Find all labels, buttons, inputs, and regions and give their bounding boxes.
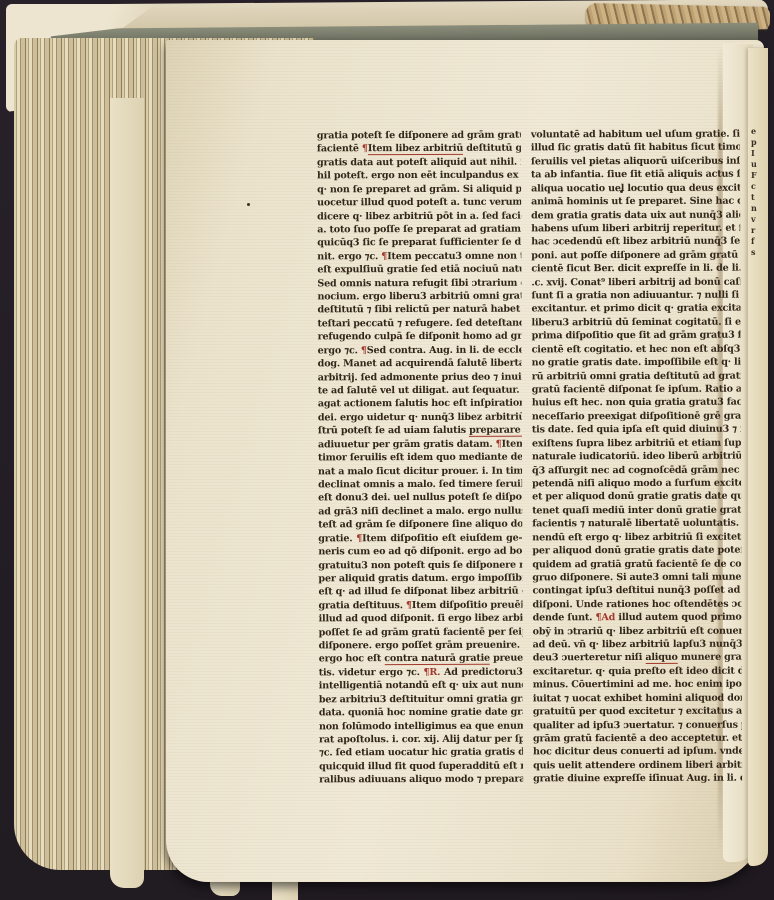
text-line: te ad ſalutē vel ut diligat. aut ſequatu…	[318, 384, 522, 398]
text-line: voluntatē ad habitum uel uſum gratie. ſi…	[531, 128, 740, 142]
text-line: per aliquid gratis datum. ergo impoſſibi…	[318, 572, 522, 586]
page-group-wedge	[110, 98, 144, 888]
text-line: qualiter ad ipſu3 ɔuertatur. ⁊ conuerſus…	[533, 718, 742, 732]
text-line: ſtrū poteſt ſe ad uiam ſalutis preparare…	[318, 424, 522, 438]
partial-glyph: e	[751, 126, 757, 137]
text-line: q· non ſe preparet ad grām. Si aliquid p…	[317, 182, 521, 196]
text-line: eſt q· ad illud ſe diſponat libez arbitr…	[318, 585, 522, 599]
text-line: dende ſunt. ¶Ad illud autem quod primo	[533, 611, 742, 625]
text-line: nat a malo ſicut dicitur prouer. i. In t…	[318, 464, 522, 478]
text-line: obȳ in ɔtrariū q· libez arbitriū eſt con…	[533, 624, 742, 638]
text-line: tis. videtur ergo ⁊c. ¶R. Ad predictoru3	[319, 666, 523, 680]
text-line: ergo hoc eſt contra naturā gratie preuen…	[319, 652, 523, 666]
text-line: ad deū. vn̄ q· libez arbitriū lapſu3 nun…	[533, 638, 742, 652]
text-line: ergo ⁊c. ¶Sed contra. Aug. in li. de ecc…	[318, 343, 522, 357]
text-line: a. toto ſuo poſſe ſe preparat ad gratiam…	[317, 223, 521, 237]
text-line: facientis ⁊ naturalē libertatē uoluntati…	[532, 517, 741, 531]
partial-glyph: v	[751, 214, 757, 225]
text-line: intelligentiā notandū eſt q· uix aut nun…	[319, 679, 523, 693]
text-line: gratuitū per quod excitetur ⁊ excitatus …	[533, 705, 742, 719]
text-line: gratie. ¶Item diſpoſitio eſt eiuſdem ge-	[318, 531, 522, 545]
text-line: diſponi. Unde rationes hoc oſtendētes ɔc…	[532, 597, 741, 611]
text-line: neris cum eo ad qō diſponit. ergo ad bon…	[318, 545, 522, 559]
text-line: illud ad quod diſponit. ſi ergo libez ar…	[319, 612, 523, 626]
text-line: ralibus adiuuans aliquo modo ⁊ preparans	[319, 773, 523, 787]
text-line: quicquid illud ſit quod ſuperadditū eſt …	[319, 759, 523, 773]
text-line: no gratie gratis date. impoſſibile eſt q…	[532, 356, 741, 370]
text-line: eſt expulſiuū gratie ſed etiā nociuū nat…	[317, 263, 521, 277]
text-line: huius eſt hec. non quia gratia gratu3 fa…	[532, 396, 741, 410]
text-line: gratis data aut poteſt aliquid aut nihil…	[317, 155, 521, 169]
text-line: poni. aut poſſe diſponere ad grām gratū …	[531, 248, 740, 262]
text-line: tis date. ſed quia ipſa eſt quid diuinu3…	[532, 423, 741, 437]
text-line: et per aliquod donū gratie gratis date q…	[532, 490, 741, 504]
text-line: ſunt ſi a gratia non adiuuantur. ⁊ nulli…	[531, 289, 740, 303]
text-line: gratuitu3 non poteſt quis ſe diſponere n…	[318, 558, 522, 572]
text-line: prima diſpoſitio que ſit ad grām gratu3 …	[532, 329, 741, 343]
text-line: petendā niſi aliquo modo a ſurſum excite…	[532, 477, 741, 491]
book-photo: epIuFctnvrfs gratia poteſt ſe diſponere …	[0, 0, 774, 900]
text-line: cientē ſicut Ber. dicit expreſſe in li. …	[531, 262, 740, 276]
text-line: q̄3 aſſurgit nec ad cognoſcēdā grām nec …	[532, 463, 741, 477]
text-line: facientē ¶Item libez arbitriū deſtitutū …	[317, 142, 521, 156]
facing-page-sliver: epIuFctnvrfs	[748, 48, 768, 866]
right-text-column: voluntatē ad habitum uel uſum gratie. ſi…	[531, 128, 742, 786]
text-line: minus. Cōuertimini ad me. hoc enim ipo q…	[533, 678, 742, 692]
partial-glyph: p	[751, 137, 757, 148]
text-line: illud ſic gratis datū ſit habitus ſicut …	[531, 141, 740, 155]
text-line: hil poteſt. ergo non eēt inculpandus ex …	[317, 169, 521, 183]
text-line: hoc dicitur deus conuerti ad ipſum. vnde…	[533, 745, 742, 759]
text-line: tenet quaſi mediū inter donū gratie grat…	[532, 503, 741, 517]
left-text-column: gratia poteſt ſe diſponere ad grām gratu…	[317, 129, 523, 787]
text-line: teſtari peccatū ⁊ refugere. ſed deteſtan…	[318, 317, 522, 331]
text-line: quis uelit attendere ordinem liberi arbi…	[533, 758, 742, 772]
text-line: gruo diſponere. Si aute3 omni tali muner…	[532, 571, 741, 585]
text-line: ⁊c. ſed etiam uocatur hic gratia gratis …	[319, 746, 523, 760]
text-line: .c. xvij. Conat⁹ liberi arbitrij ad bonū…	[531, 275, 740, 289]
partial-glyph: t	[751, 192, 757, 203]
text-line: animā hominis ut ſe preparet. Sine hac q…	[531, 195, 740, 209]
partial-glyph: I	[751, 148, 757, 159]
text-line: dog. Manet ad acquirendā ſalutē libertas	[318, 357, 522, 371]
text-line: exiſtens ſupra libez arbitriū et etiam ſ…	[532, 436, 741, 450]
text-line: contingat ipſu3 deſtitui nunq̄3 poſſet a…	[532, 584, 741, 598]
text-line: quicūq3 ſic ſe preparat ſufficienter ſe …	[317, 236, 521, 250]
text-line: habens uſum liberi arbitrij reperitur. e…	[531, 222, 740, 236]
text-line: excitaretur. q· quia preſto eſt ideo dic…	[533, 665, 742, 679]
text-line: gratia deſtituus. ¶Item diſpoſitio preuē…	[318, 598, 522, 612]
text-line: nendū eſt ergo q· libez arbitriū ſi exci…	[532, 530, 741, 544]
text-line: data. quoniā hoc nomine gratie date grat…	[319, 706, 523, 720]
text-line: declinat omnis a malo. ſed timere ſeruil…	[318, 478, 522, 492]
text-line: uocetur illud quod poteſt a. tunc verum …	[317, 196, 521, 210]
partial-glyph: c	[751, 181, 757, 192]
text-line: rū arbitriū omni gratia deſtitutū ad gra…	[532, 369, 741, 383]
text-line: ſeruilis vel pietas aliquorū uiſceribus …	[531, 154, 740, 168]
text-line: aliqua uocatio uel locutio qua deus exci…	[531, 181, 740, 195]
text-line: deu3 ɔuerteretur niſi aliquo munere grat…	[533, 651, 742, 665]
partial-glyph: f	[751, 236, 757, 247]
text-line: gratū facientē diſponat ſe ipſum. Ratio …	[532, 383, 741, 397]
text-line: non ſolūmodo intelligimus ea que enume-	[319, 719, 523, 733]
partial-glyph: s	[751, 247, 757, 258]
text-line: liberu3 arbitriū dū ſeminat cogitatū. ſi…	[532, 316, 741, 330]
text-line: hac ɔcedendū eſt libez arbitriū nunq̄3 ſ…	[531, 235, 740, 249]
text-line: diſponere. ergo poſſet grām preuenire. S…	[319, 639, 523, 653]
text-line: bez arbitriu3 deſtituitur omni gratia gr…	[319, 692, 523, 706]
text-line: poſſet ſe ad grām gratū facientē per ſei…	[319, 625, 523, 639]
text-line: gratie diuine expreſſe iſinuat Aug. in l…	[533, 772, 742, 786]
text-line: ad grā3 niſi declinet a malo. ergo nullu…	[318, 504, 522, 518]
text-line: neceſſario preexigat diſpoſitionē grē gr…	[532, 409, 741, 423]
facing-page-partial-text: epIuFctnvrfs	[751, 126, 757, 258]
text-line: nocium. ergo liberu3 arbitriū omni grati…	[317, 290, 521, 304]
text-line: timor ſeruilis eſt idem quo mediante dec…	[318, 451, 522, 465]
partial-glyph: n	[751, 203, 757, 214]
text-line: agat actionem ſalutis hoc eſt inſpiratio…	[318, 397, 522, 411]
text-line: cientē eſt cogitatio. et hec non eſt abſ…	[532, 342, 741, 356]
text-line: per aliquod donū gratie gratis date pote…	[532, 544, 741, 558]
text-line: ta ab infantia. ſiue ſit etiā aliquis ac…	[531, 168, 740, 182]
ink-speck	[247, 203, 250, 206]
text-line: eſt donu3 dei. uel nullus poteſt ſe diſp…	[318, 491, 522, 505]
text-line: excitantur. et primo dicit q· gratia exc…	[531, 302, 740, 316]
text-line: adiuuetur per grām gratis datam. ¶Item	[318, 437, 522, 451]
text-line: dem gratia gratis data uix aut nunq̄3 al…	[531, 208, 740, 222]
text-line: arbitrij. ſed admonente prius deo ⁊ inui…	[318, 370, 522, 384]
text-line: deſtitutū ⁊ ſibi relictū per naturā habe…	[317, 303, 521, 317]
text-line: Sed omnis natura refugit ſibi ɔtrarium e…	[317, 276, 521, 290]
text-line: dei. ergo uidetur q· nunq̄3 libez arbitr…	[318, 411, 522, 425]
text-line: grām gratū facientē a deo acceptetur. et…	[533, 732, 742, 746]
text-line: dicere q· libez arbitriū pōt in a. ſed f…	[317, 209, 521, 223]
text-line: naturale iudicatoriū. ideo liberū arbitr…	[532, 450, 741, 464]
text-line: gratia poteſt ſe diſponere ad grām gratu…	[317, 129, 521, 143]
text-line: rat apoſtolus. i. cor. xij. Alij datur p…	[319, 733, 523, 747]
text-line: nit. ergo ⁊c. ¶Item peccatu3 omne non tī…	[317, 249, 521, 263]
text-line: refugendo culpā ſe diſponit homo ad grām	[318, 330, 522, 344]
partial-glyph: u	[751, 159, 757, 170]
text-line: teſt ad grām ſe diſponere ſine aliquo do…	[318, 518, 522, 532]
partial-glyph: r	[751, 225, 757, 236]
text-line: iuitat ⁊ uocat exhibet homini aliquod do…	[533, 691, 742, 705]
text-line: quidem ad gratiā gratū facientē ſe de co…	[532, 557, 741, 571]
partial-glyph: F	[751, 170, 757, 181]
